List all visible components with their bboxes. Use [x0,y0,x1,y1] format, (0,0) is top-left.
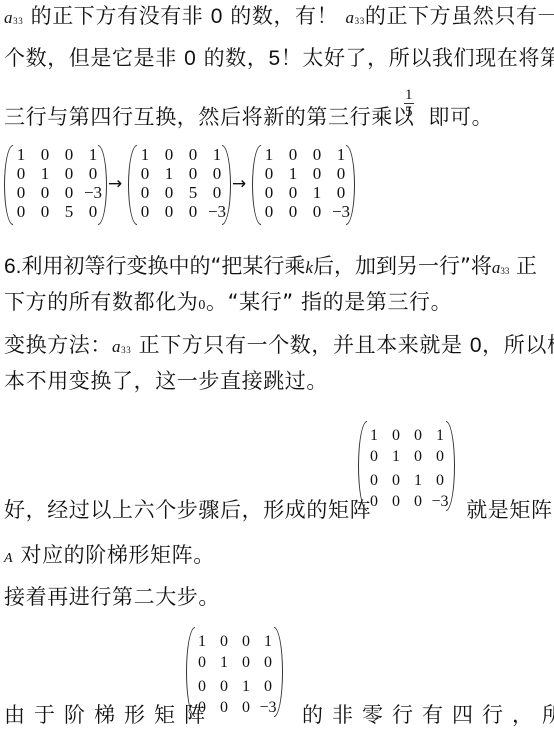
text-line: 本不用变换了，这一步直接跳过。 [4,368,328,394]
text-line: 下方的所有数都化为0。“某行” 指的是第三行。 [4,289,452,319]
fraction-one-fifth: 1 5 [404,88,414,120]
text-line: A 对应的阶梯形矩阵。 [4,542,215,572]
matrix-echelon-final: 1001 0100 0010 000−3 [186,627,283,717]
matrix-step-2: 1001 0100 0050 000−3 [128,145,231,225]
right-paren-icon [346,145,355,225]
matrix-step-1: 1001 0100 000−3 0050 [4,145,107,225]
variable-a33: a33 [112,337,131,356]
text-line: 个数，但是它是非 0 的数，5！太好了，所以我们现在将第 [4,45,554,72]
text-line: a33 的正下方有没有非 0 的数，有！ a33的正下方虽然只有一 [4,3,554,34]
right-paren-icon [98,145,107,225]
variable-k: k [305,258,313,277]
matrix-echelon: 1001 0100 0010 000−3 [358,421,455,511]
text-line: 好，经过以上六个步骤后，形成的矩阵就是矩阵 [4,497,553,523]
variable-a33: a33 [492,258,510,277]
right-paren-icon [446,421,455,511]
arrow-icon: → [108,174,122,194]
variable-a33: a33 [4,8,23,27]
arrow-icon: → [232,174,246,194]
right-paren-icon [222,145,231,225]
variable-A: A [4,551,13,566]
text-line: 6.利用初等行变换中的“把某行乘k后，加到另一行”将a33 正 [4,253,537,284]
text-line: 变换方法：a33 正下方只有一个数，并且本来就是 0，所以根 [4,332,554,363]
text-line: 三行与第四行互换，然后将新的第三行乘以即可。 [4,104,493,130]
variable-a33: a33 [346,8,365,27]
matrix-step-3: 1001 0100 0010 000−3 [252,145,355,225]
right-paren-icon [274,627,283,717]
text-line: 接着再进行第二大步。 [4,584,220,610]
